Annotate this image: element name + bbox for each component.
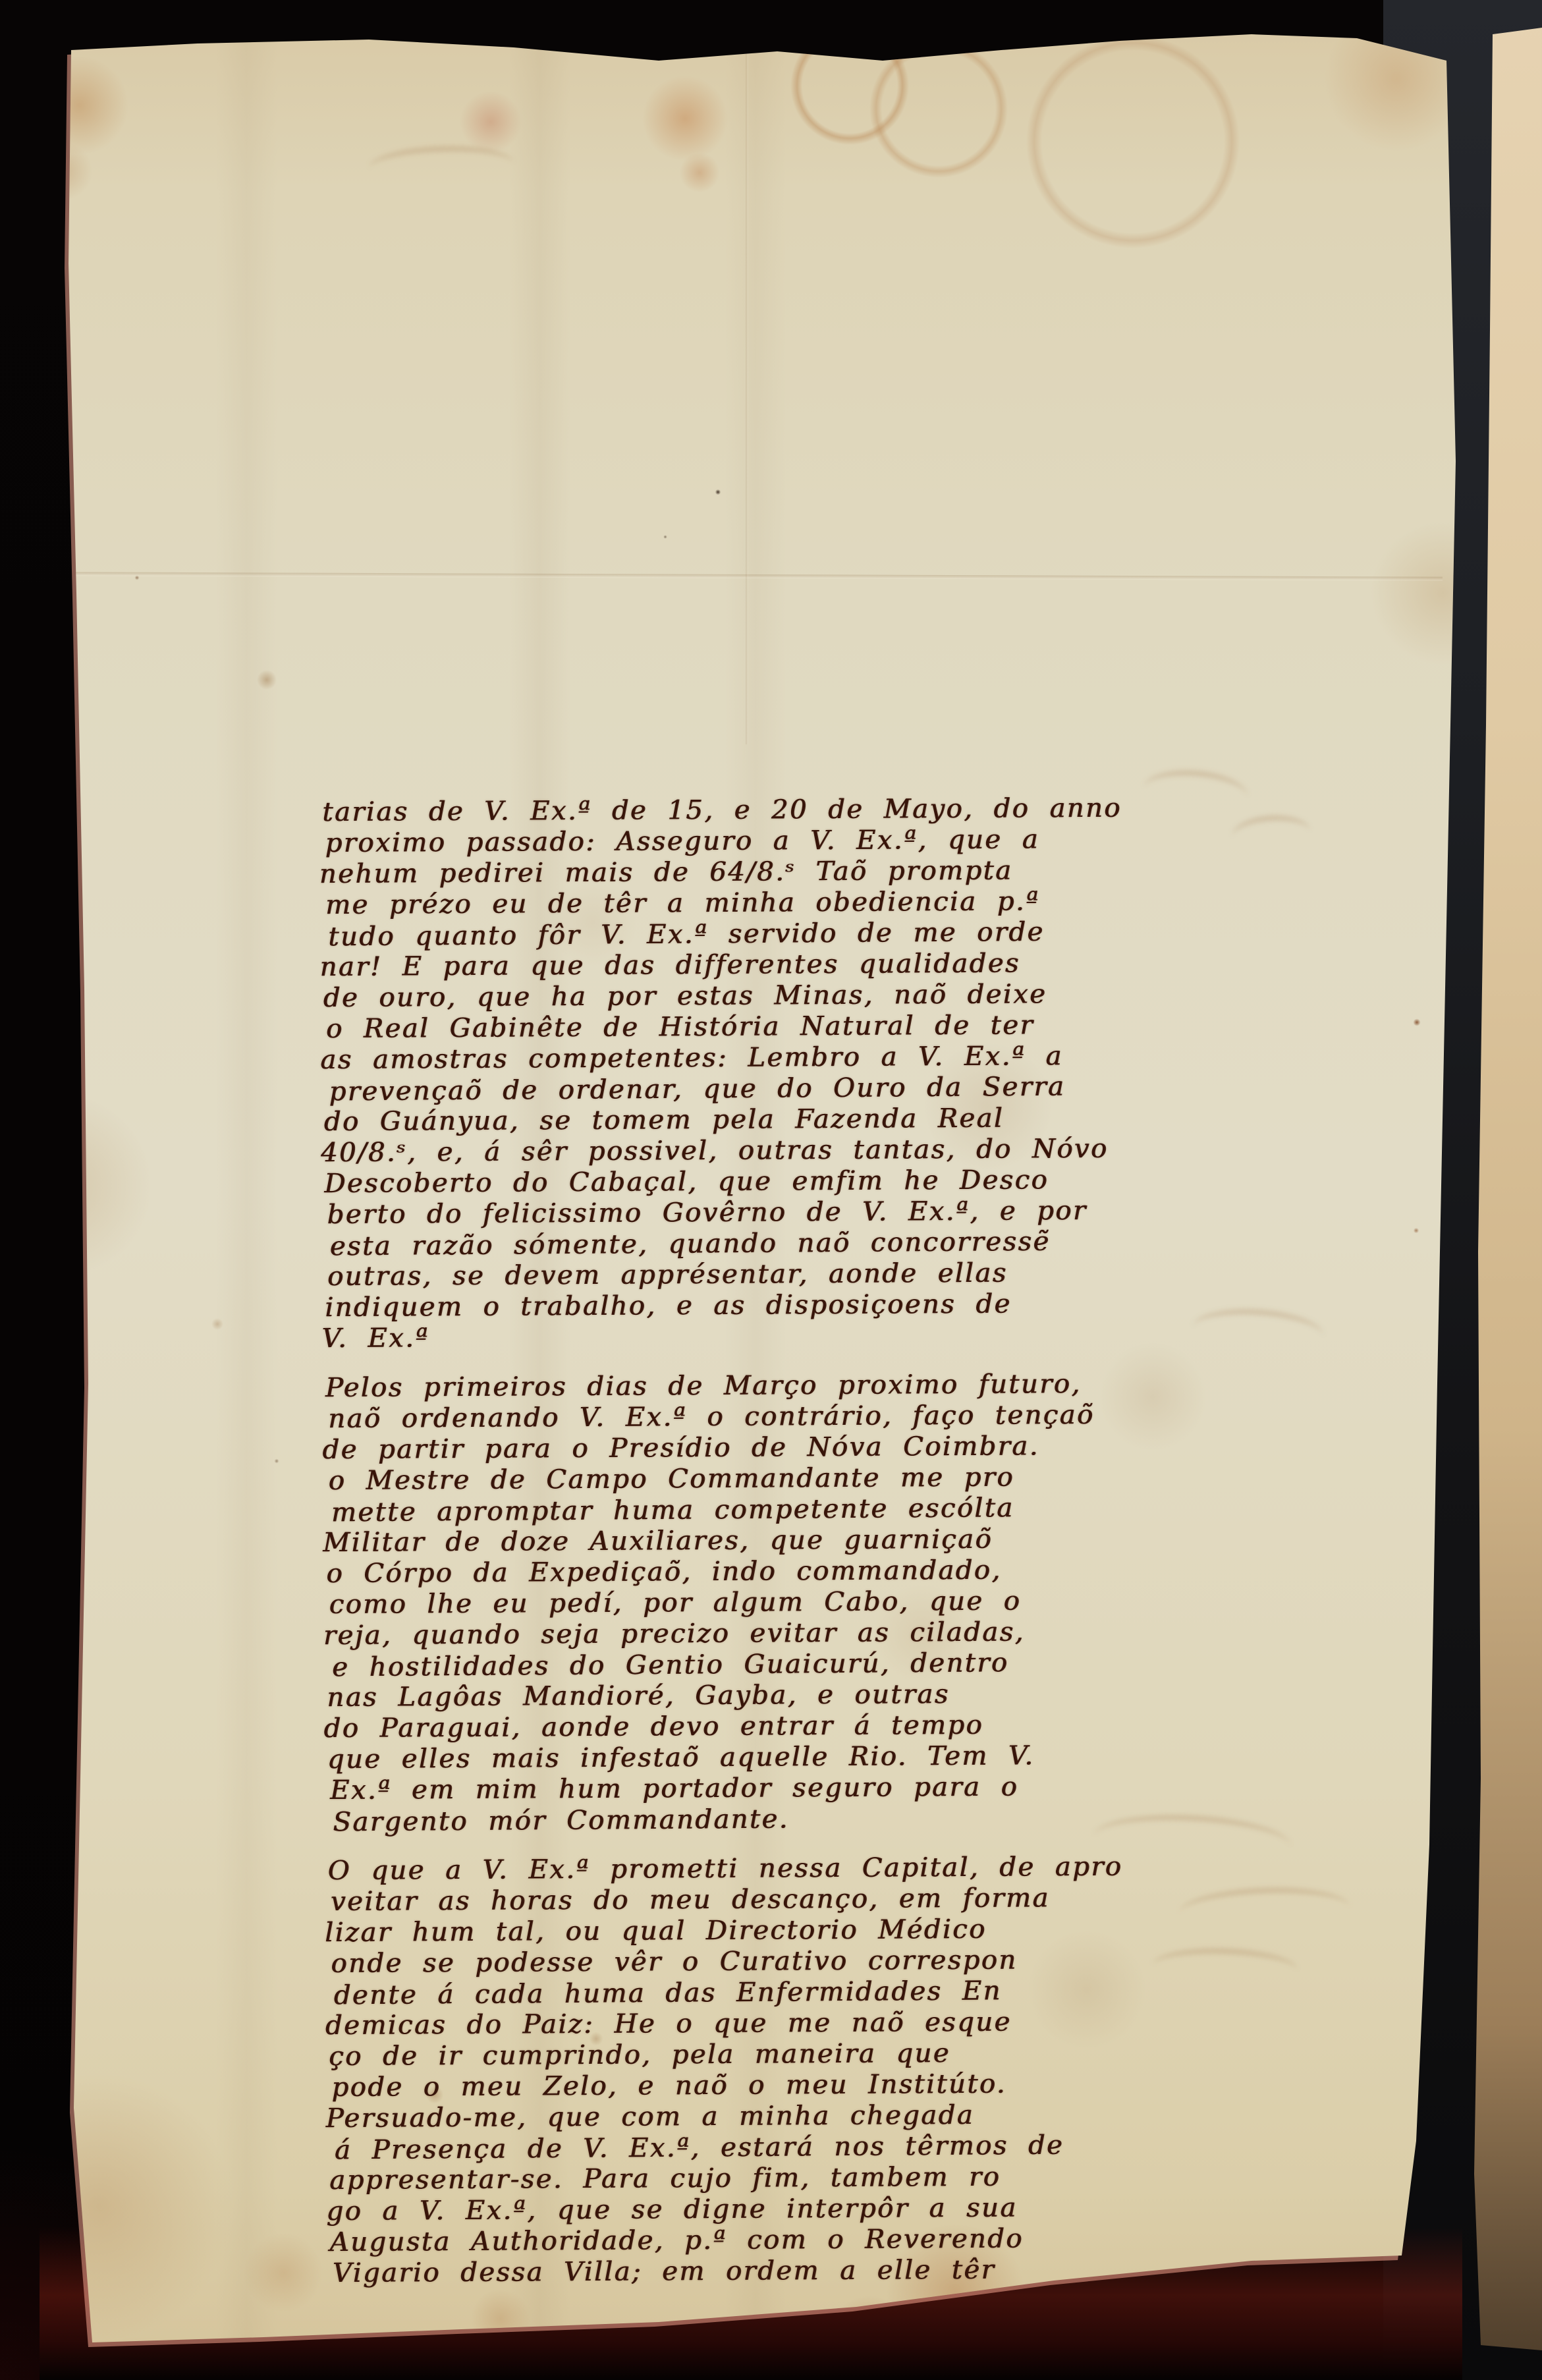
manuscript-line: O que a V. Ex.ª prometti nessa Capital, …	[327, 1850, 1355, 1887]
manuscript-line: 40/8.ˢ, e, á sêr possivel, outras tantas…	[321, 1132, 1348, 1169]
manuscript-line: lizar hum tal, ou qual Directorio Médico	[325, 1912, 1352, 1949]
manuscript-line: V. Ex.ª	[321, 1318, 1349, 1354]
manuscript-line: o Real Gabinête de História Natural de t…	[326, 1009, 1354, 1045]
manuscript-line: naõ ordenando V. Ex.ª o contrário, faço …	[328, 1398, 1356, 1435]
ink-bleedthrough-mark	[368, 144, 514, 188]
manuscript-line: go a V. Ex.ª, que se digne interpôr a su…	[326, 2191, 1354, 2227]
fold-crease-vertical	[746, 46, 748, 744]
manuscript-line: Augusta Authoridade, p.ª com o Reverendo	[329, 2222, 1357, 2258]
paragraph: tarias de V. Ex.ª de 15, e 20 de Mayo, d…	[322, 792, 1352, 1354]
manuscript-line: appresentar-se. Para cujo fim, tambem ro	[329, 2160, 1357, 2196]
manuscript-line: Pelos primeiros dias de Março proximo fu…	[325, 1368, 1353, 1404]
fold-crease-horizontal	[72, 572, 1443, 580]
manuscript-line: de partir para o Presídio de Nóva Coimbr…	[322, 1429, 1350, 1466]
manuscript-line: Militar de doze Auxiliares, que guarniça…	[323, 1522, 1350, 1559]
manuscript-line: do Paraguai, aonde devo entrar á tempo	[323, 1708, 1351, 1744]
manuscript-line: outras, se devem apprésentar, aonde ella…	[327, 1256, 1355, 1292]
paragraph: Pelos primeiros dias de Março proximo fu…	[325, 1368, 1356, 1837]
manuscript-line: tarias de V. Ex.ª de 15, e 20 de Mayo, d…	[322, 792, 1350, 828]
manuscript-line: demicas do Paiz: He o que me naõ esque	[325, 2005, 1353, 2041]
manuscript-line: nehum pedirei mais de 64/8.ˢ Taõ prompta	[319, 854, 1347, 890]
manuscript-line: proximo passado: Asseguro a V. Ex.ª, que…	[325, 823, 1352, 859]
manuscript-line: Sargento mór Commandante.	[333, 1800, 1360, 1839]
manuscript-line: que elles mais infestaõ aquelle Rio. Tem…	[327, 1739, 1355, 1775]
manuscript-line: nar! E para que das differentes qualidad…	[319, 947, 1347, 983]
photo-backdrop: tarias de V. Ex.ª de 15, e 20 de Mayo, d…	[0, 0, 1542, 2380]
manuscript-line: nas Lagôas Mandioré, Gayba, e outras	[327, 1677, 1354, 1713]
paragraph: O que a V. Ex.ª prometti nessa Capital, …	[327, 1850, 1357, 2289]
manuscript-line: ço de ir cumprindo, pela maneira que	[329, 2036, 1356, 2072]
manuscript-text-block: tarias de V. Ex.ª de 15, e 20 de Mayo, d…	[322, 792, 1358, 2289]
manuscript-line: veitar as horas do meu descanço, em form…	[331, 1881, 1358, 1918]
manuscript-line: pode o meu Zelo, e naõ o meu Institúto.	[331, 2067, 1359, 2103]
manuscript-line: indiquem o trabalho, e as disposiçoens d…	[325, 1287, 1352, 1323]
manuscript-page: tarias de V. Ex.ª de 15, e 20 de Mayo, d…	[0, 0, 1542, 2380]
manuscript-line: como lhe eu pedí, por algum Cabo, que o	[329, 1584, 1356, 1620]
manuscript-line: o Córpo da Expediçaõ, indo commandado,	[326, 1553, 1354, 1590]
manuscript-line: de ouro, que ha por estas Minas, naõ dei…	[323, 978, 1351, 1014]
manuscript-line: Descoberto do Cabaçal, que emfim he Desc…	[324, 1163, 1352, 1200]
manuscript-line: do Guányua, se tomem pela Fazenda Real	[324, 1101, 1352, 1138]
